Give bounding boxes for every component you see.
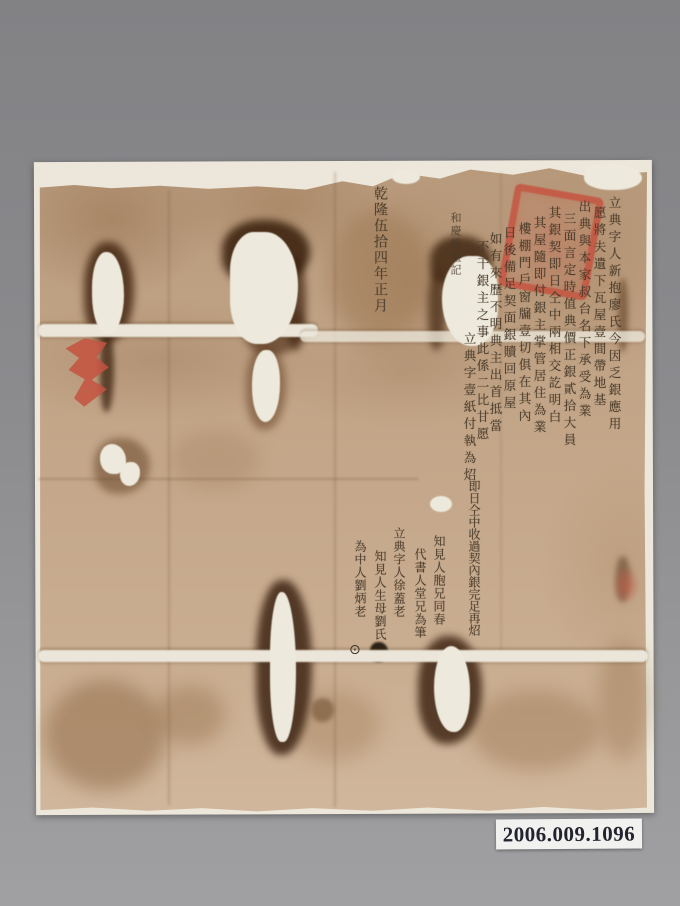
paper-hole [392,170,420,184]
date-column: 乾隆伍拾四年正月 [370,186,390,314]
document-photo: 乾隆伍拾四年正月 立典字人新抱廖氏今因乏銀應用 愿將夫遺下瓦屋壹間帶地基 出典與… [0,0,680,906]
tear-line [38,650,648,662]
fold-crease [334,172,336,807]
paper-hole [434,646,470,732]
paper-hole [430,496,452,512]
contract-text-column: 立典字壹紙付執為炤 [460,332,478,485]
stain [45,680,165,790]
signature-column: 代書人堂兄為筆 [412,548,429,639]
side-column: 和慶榮盛記 [447,212,463,277]
signature-column: 知見人胞兄同春 [431,535,448,626]
paper-hole [270,592,296,742]
signature-column: 知見人生母劉氏 [372,550,389,641]
red-ink-mark [614,568,638,602]
receipt-note: 即日仝中收過契內銀完足再炤 [466,480,483,636]
signature-circle-mark: ⊙ [349,642,361,658]
signature-column: 為中人劉炳老 [352,540,369,618]
stain [155,685,225,745]
stain [470,690,600,770]
fold-crease [168,190,170,805]
stain [170,430,260,490]
paper-hole [584,164,642,190]
signature-column: 立典字人徐蓋老 [391,527,408,618]
catalog-label: 2006.009.1096 [496,818,642,849]
paper-hole [92,252,124,334]
